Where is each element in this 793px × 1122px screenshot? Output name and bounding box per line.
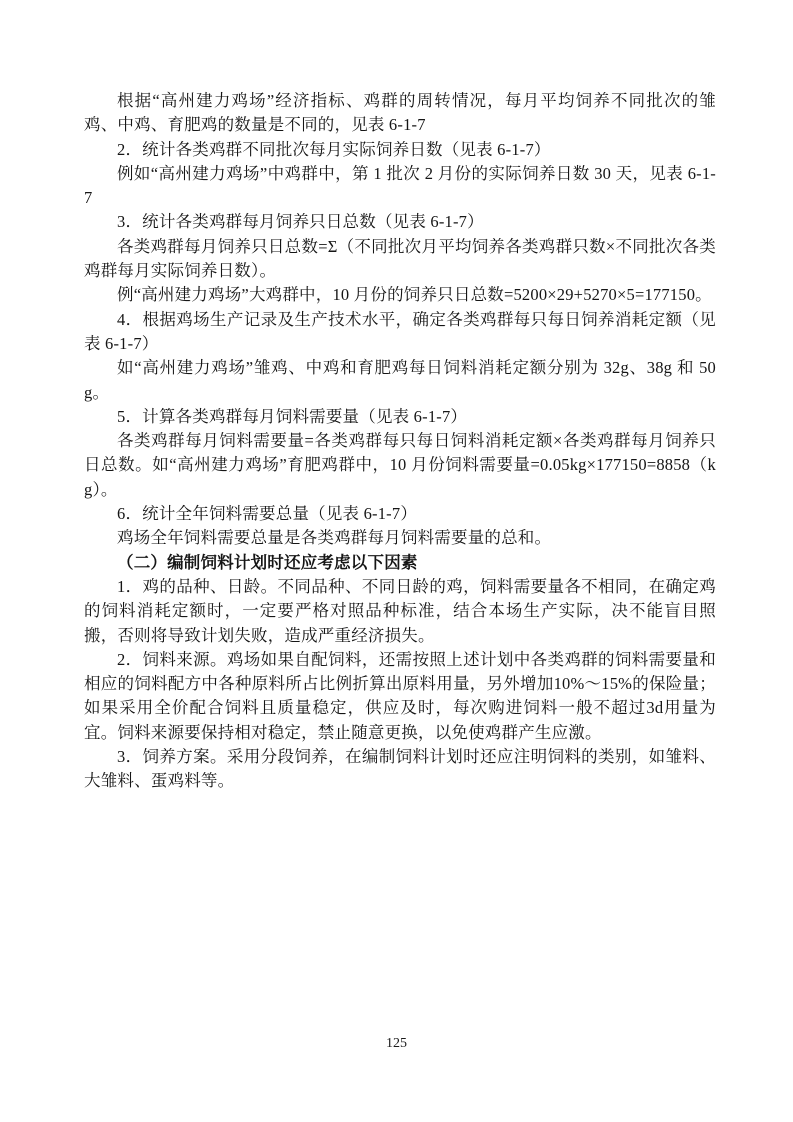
paragraph: 根据“高州建力鸡场”经济指标、鸡群的周转情况，每月平均饲养不同批次的雏鸡、中鸡、… [84, 89, 716, 138]
page-number: 125 [0, 1034, 793, 1054]
paragraph: 1．鸡的品种、日龄。不同品种、不同日龄的鸡，饲料需要量各不相同，在确定鸡的饲料消… [84, 575, 716, 648]
paragraph: 例如“高州建力鸡场”中鸡群中，第 1 批次 2 月份的实际饲养日数 30 天，见… [84, 162, 716, 211]
paragraph: 例“高州建力鸡场”大鸡群中，10 月份的饲养只日总数=5200×29+5270×… [84, 283, 716, 307]
paragraph: 鸡场全年饲料需要总量是各类鸡群每月饲料需要量的总和。 [84, 526, 716, 550]
paragraph: 5．计算各类鸡群每月饲料需要量（见表 6-1-7） [84, 405, 716, 429]
paragraph: 2．饲料来源。鸡场如果自配饲料，还需按照上述计划中各类鸡群的饲料需要量和相应的饲… [84, 648, 716, 745]
section-heading: （二）编制饲料计划时还应考虑以下因素 [84, 551, 716, 575]
paragraph: 各类鸡群每月饲料需要量=各类鸡群每只每日饲料消耗定额×各类鸡群每月饲养只日总数。… [84, 429, 716, 502]
paragraph: 3．统计各类鸡群每月饲养只日总数（见表 6-1-7） [84, 210, 716, 234]
paragraph: 4．根据鸡场生产记录及生产技术水平，确定各类鸡群每只每日饲养消耗定额（见表 6-… [84, 308, 716, 357]
paragraph: 6．统计全年饲料需要总量（见表 6-1-7） [84, 502, 716, 526]
paragraph: 2．统计各类鸡群不同批次每月实际饲养日数（见表 6-1-7） [84, 138, 716, 162]
paragraph: 3．饲养方案。采用分段饲养，在编制饲料计划时还应注明饲料的类别，如雏料、大雏料、… [84, 745, 716, 794]
document-body: 根据“高州建力鸡场”经济指标、鸡群的周转情况，每月平均饲养不同批次的雏鸡、中鸡、… [84, 89, 716, 794]
paragraph: 如“高州建力鸡场”雏鸡、中鸡和育肥鸡每日饲料消耗定额分别为 32g、38g 和 … [84, 356, 716, 405]
paragraph: 各类鸡群每月饲养只日总数=Σ（不同批次月平均饲养各类鸡群只数×不同批次各类鸡群每… [84, 235, 716, 284]
document-page: 根据“高州建力鸡场”经济指标、鸡群的周转情况，每月平均饲养不同批次的雏鸡、中鸡、… [0, 0, 793, 1122]
